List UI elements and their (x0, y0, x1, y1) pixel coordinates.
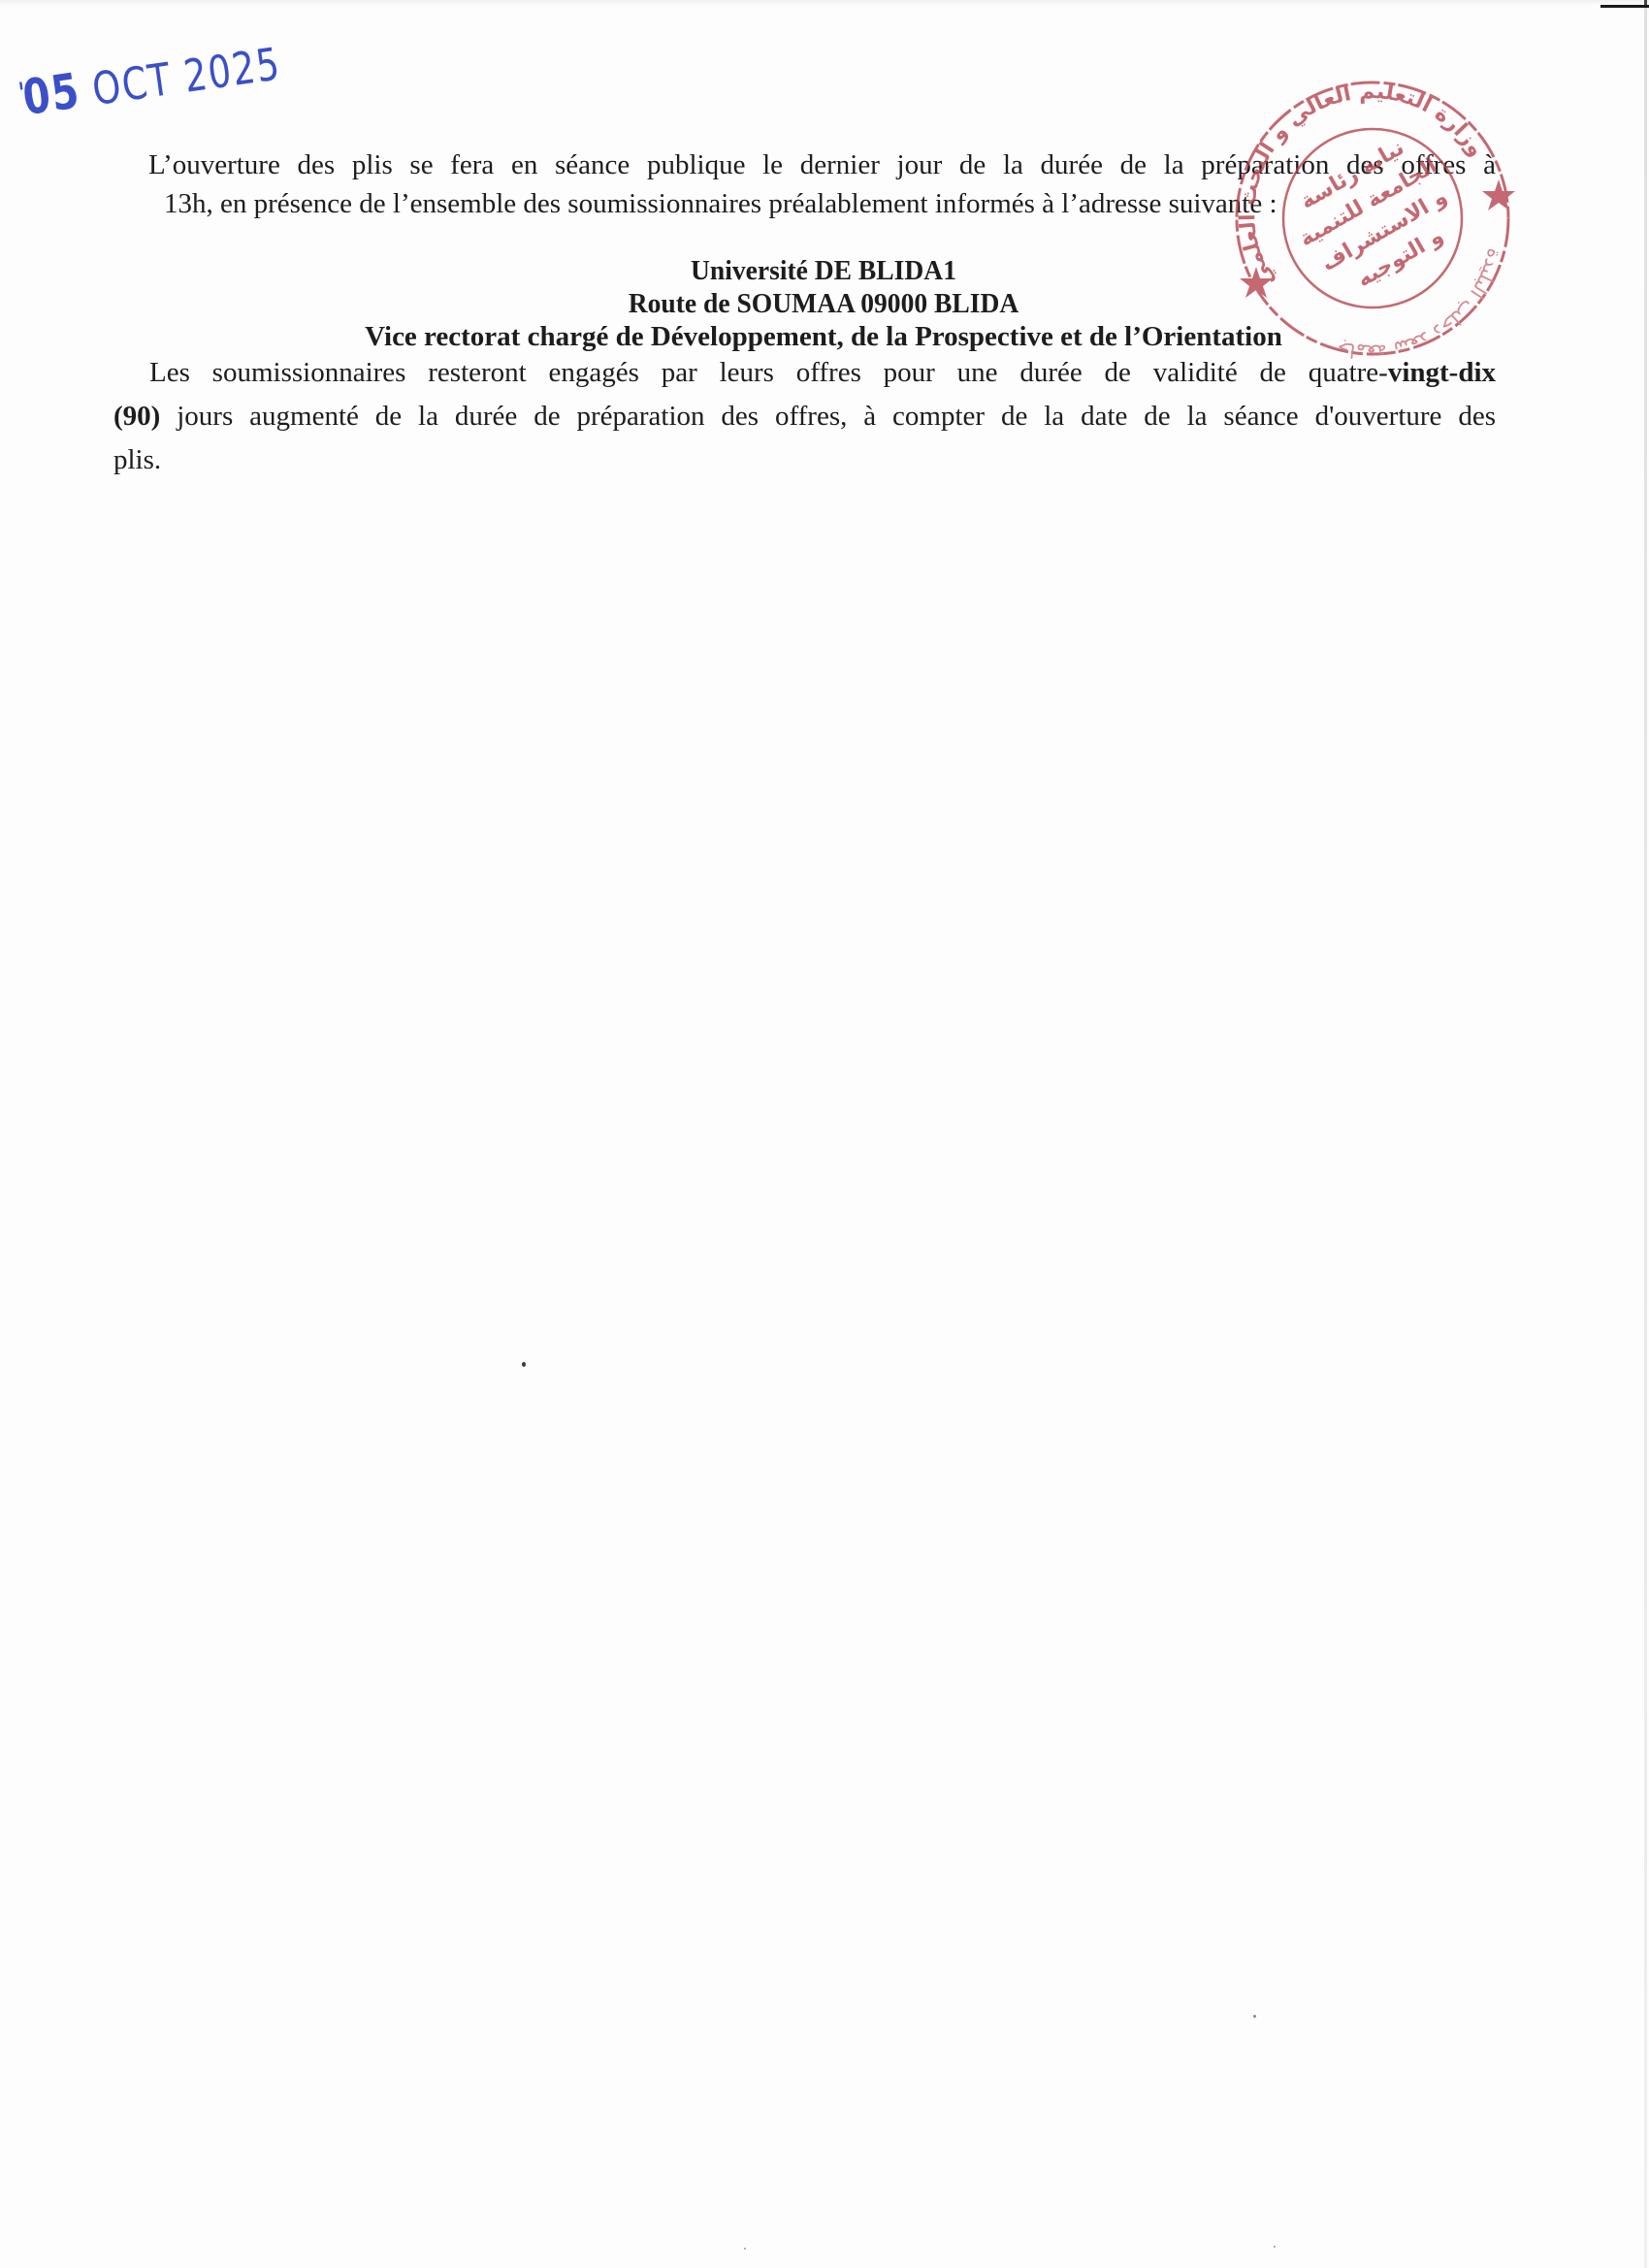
stamp-year: 2025 (180, 37, 284, 102)
scan-speck (744, 2248, 746, 2250)
paragraph2-line3: plis. (113, 438, 1496, 482)
address-street: Route de SOUMAA 09000 BLIDA (41, 287, 1607, 320)
paragraph2-line1-bold: vingt-dix (1388, 357, 1496, 388)
paragraph1-line2: 13h, en présence de l’ensemble des soumi… (113, 184, 1496, 223)
paragraph-opening-of-bids: L’ouverture des plis se fera en séance p… (113, 146, 1496, 223)
scan-corner-line (1600, 5, 1649, 8)
scanned-page: 05 OCT 2025 L’ouverture des plis se fera… (0, 0, 1649, 2268)
address-department: Vice rectorat chargé de Développement, d… (0, 320, 1648, 353)
scan-top-edge (0, 0, 1649, 6)
address-university: Université DE BLIDA1 (41, 254, 1607, 287)
scan-speck (1274, 2246, 1276, 2248)
paragraph2-line1: Les soumissionnaires resteront engagés p… (113, 351, 1496, 395)
scan-speck (1253, 2015, 1256, 2018)
paragraph2-line2-bold: (90) (113, 401, 160, 432)
stamp-day: 05 (19, 62, 83, 126)
paragraph2-line2-text: jours augmenté de la durée de préparatio… (160, 401, 1496, 432)
scan-speck (522, 1362, 526, 1367)
stamp-month: OCT (89, 52, 176, 115)
paragraph1-line1: L’ouverture des plis se fera en séance p… (113, 146, 1496, 184)
paragraph2-line1-text: Les soumissionnaires resteront engagés p… (149, 357, 1388, 388)
paragraph2-line2: (90) jours augmenté de la durée de prépa… (113, 395, 1496, 438)
received-date-stamp: 05 OCT 2025 (19, 34, 284, 126)
paragraph-validity: Les soumissionnaires resteront engagés p… (113, 351, 1496, 482)
